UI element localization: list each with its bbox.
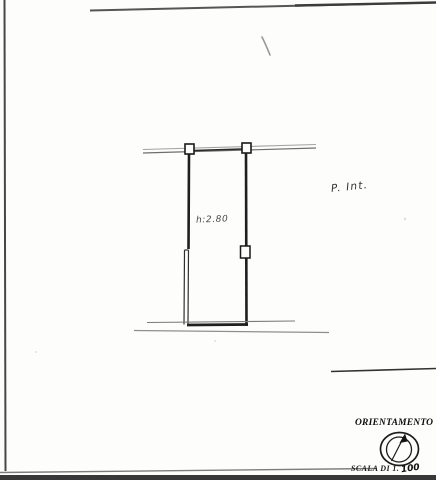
compass-needle-arrowhead <box>400 434 408 444</box>
plan-linework <box>0 0 436 480</box>
stray-pen-stroke <box>262 37 270 55</box>
scan-bottom-dark-bar <box>0 475 436 480</box>
left-wall-upper <box>189 154 190 249</box>
bottom-thin-line <box>147 321 295 323</box>
left-wall-channel-outer-line <box>184 250 185 325</box>
scan-speck <box>214 340 216 342</box>
scanned-floor-plan-page: h:2.80 P. Int. ORIENTAMENTO SCALA DI 1.1… <box>0 0 436 480</box>
ground-line <box>134 331 329 333</box>
bottom-wall-thick-line <box>187 325 248 326</box>
scan-bottom-thin-line <box>0 469 377 473</box>
pillar-right <box>242 143 251 153</box>
scan-borders <box>0 0 436 480</box>
scan-top-edge-dark-segment <box>295 3 436 6</box>
pillar-left <box>185 144 194 154</box>
orientation-divider-line <box>331 369 436 372</box>
scan-speck <box>35 351 37 353</box>
right-wall <box>246 153 247 326</box>
compass-rose-icon <box>381 433 419 466</box>
scan-noise-specks <box>35 218 406 353</box>
scan-speck <box>404 218 406 220</box>
height-annotation: h:2.80 <box>196 214 229 225</box>
scale-label: SCALA DI 1.100 <box>351 464 420 474</box>
scale-value-handwritten: 100 <box>401 463 421 476</box>
compass-inner-circle <box>387 437 412 462</box>
orientation-title: ORIENTAMENTO <box>355 418 433 428</box>
right-wall-box <box>241 246 251 258</box>
scale-prefix-text: SCALA DI 1. <box>351 464 399 473</box>
left-wall-channel-inner-line <box>188 250 189 325</box>
scan-left-edge-line <box>5 0 6 471</box>
floor-plan-drawing <box>134 143 329 333</box>
